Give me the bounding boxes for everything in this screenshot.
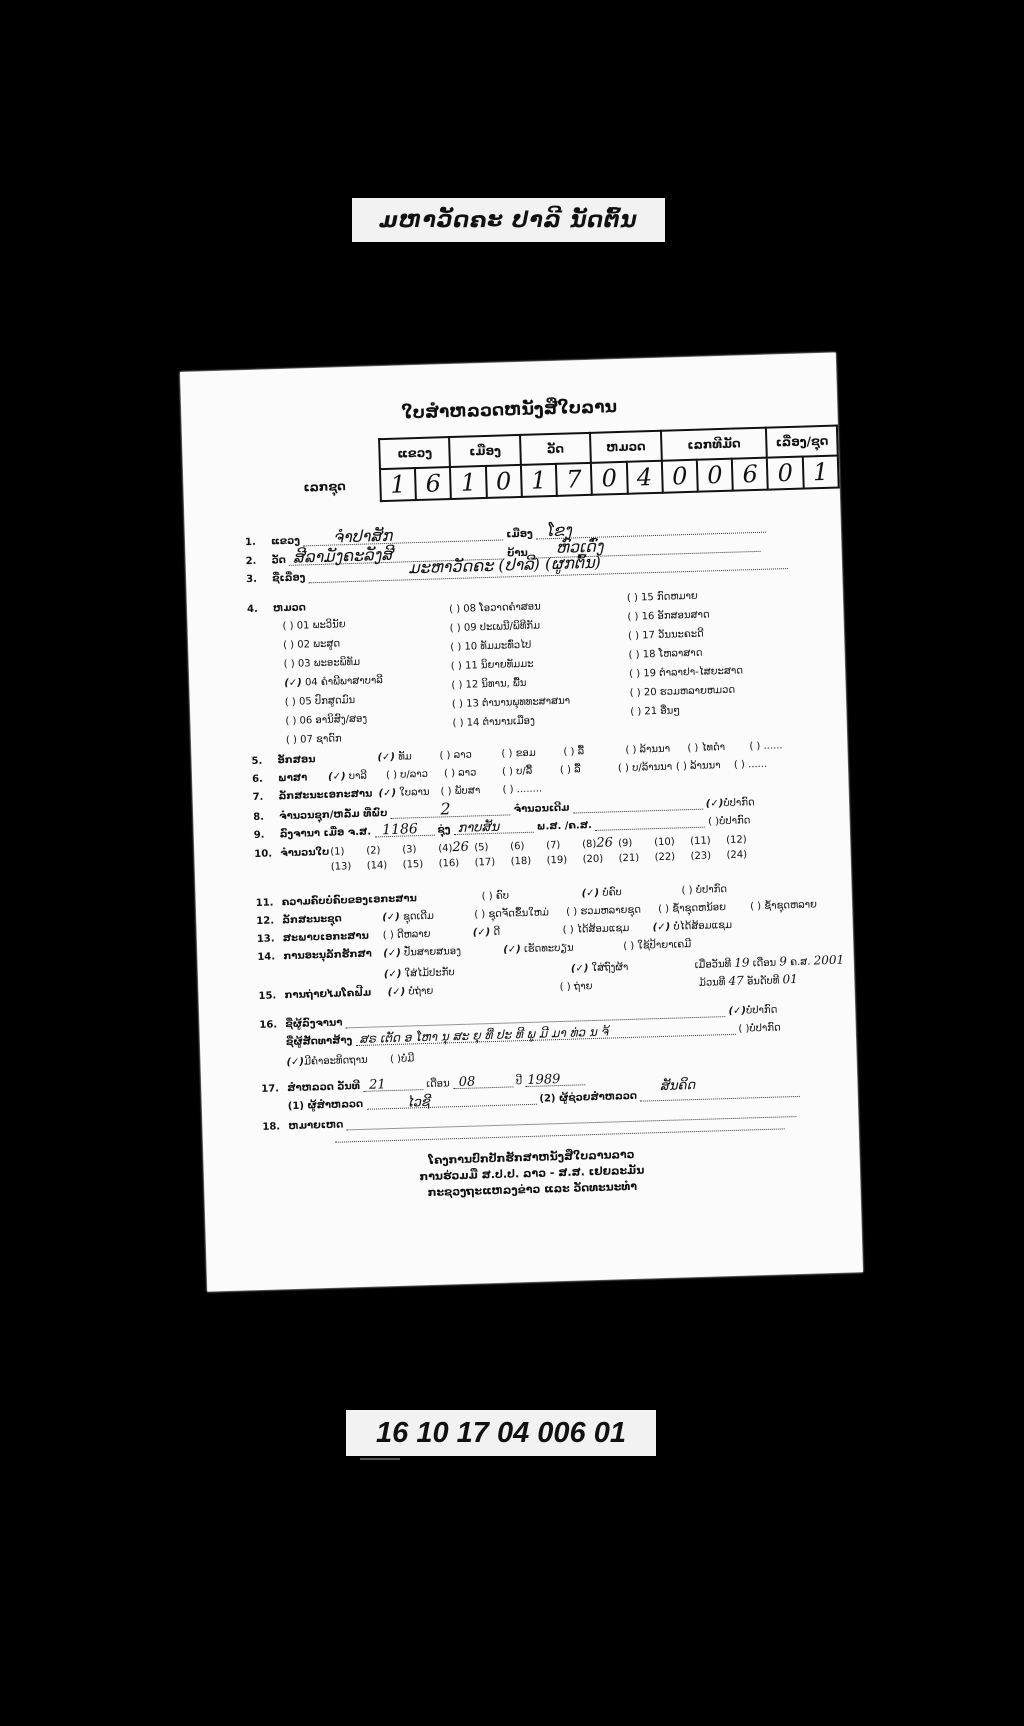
temple-value: ສີລາມັງຄະລັງສີ bbox=[293, 545, 393, 567]
option-checkbox[interactable]: ( ) ........ bbox=[502, 783, 564, 796]
option-checkbox[interactable]: ( ) ລາວ bbox=[439, 749, 501, 762]
option-checkbox[interactable]: (✓) ປັ່ນສາຍສນອງ bbox=[383, 945, 503, 960]
leaf-count-slot: (22) bbox=[654, 851, 690, 863]
leaf-count-slot: (14) bbox=[367, 860, 403, 872]
colophon-row: (✓)ມີຄຳອະທິດຖານ ( )ບໍ່ມີ bbox=[286, 1053, 414, 1068]
doctype-row: 7.ລັກສະນະເອກະສານ(✓) ໃບລານ( ) ພັບສາ( ) ..… bbox=[252, 783, 564, 803]
leaf-count-slot: (9) bbox=[618, 837, 654, 849]
option-checkbox[interactable]: ( ) ຊຸດຈັດຂຶ້ນໃຫມ່ bbox=[474, 907, 566, 921]
category-option[interactable]: (✓) 04 ຄຳພີພາສາບາລີ bbox=[284, 671, 383, 693]
category-column-2: ( ) 08 ໂອວາດຄຳສອນ( ) 09 ປະເພນີ/ພິທີກັມ( … bbox=[449, 597, 571, 733]
leaf-count-slot: (17) bbox=[475, 856, 511, 868]
option-checkbox[interactable]: ( ) ...... bbox=[734, 758, 792, 771]
leaf-count-slot: (2) bbox=[366, 845, 402, 857]
code-digit: 0 bbox=[486, 465, 522, 498]
option-checkbox[interactable]: ( ) ລາວ bbox=[444, 767, 502, 780]
code-digit: 4 bbox=[626, 461, 662, 494]
option-checkbox[interactable]: (✓) ໃບລານ bbox=[378, 786, 440, 799]
code-digit: 7 bbox=[556, 463, 592, 496]
category-option[interactable]: ( ) 21 ອື່ນໆ bbox=[630, 699, 744, 721]
footer-code-label: 16 10 17 04 006 01 bbox=[346, 1410, 656, 1456]
option-checkbox[interactable]: ( ) ດີຫລາຍ bbox=[383, 928, 473, 942]
option-checkbox[interactable]: ( ) ໄດ້ສ້ອມແຊມ bbox=[563, 922, 653, 936]
category-column-1: ( ) 01 ພະວິນັຍ( ) 02 ພະສູດ( ) 03 ພະອະພິທ… bbox=[282, 614, 384, 750]
code-label: ເລກຊຸດ bbox=[303, 479, 346, 494]
code-digit: 6 bbox=[415, 467, 451, 500]
scribe-value: ສຣ ເຕັດ ອ ໂຫາ ນຸ ສະ ຍຸ ທີ່ ປະ ທີ ພູ ມີ ມ… bbox=[359, 1025, 608, 1046]
leaf-count-slot: (20) bbox=[582, 853, 618, 865]
option-checkbox[interactable]: (✓) ດີ bbox=[473, 925, 563, 939]
category-option[interactable]: ( ) 13 ຕຳນານພຸທທະສາສນາ bbox=[452, 692, 571, 714]
option-checkbox[interactable]: ( ) ບ/ລ້ານນາ bbox=[618, 761, 676, 774]
leaf-count-slot: (5) bbox=[474, 841, 510, 853]
category-column-3: ( ) 15 ກົດຫມາຍ( ) 16 ອັກສອນສາດ( ) 17 ວັນ… bbox=[627, 585, 745, 721]
option-checkbox[interactable]: (✓) ບໍ່ໄດ້ສ້ອມແຊມ bbox=[653, 920, 743, 934]
code-header: ແຂວງ bbox=[379, 437, 450, 469]
microfilm-row: 15.ການຖ່າຍໄມໂຄຟີມ (✓) ບໍ່ຖ່າຍ ( ) ຖ່າຍ ມ… bbox=[258, 972, 798, 1002]
option-checkbox[interactable]: ( ) ຮວມຫລາຍຊຸດ bbox=[566, 904, 658, 918]
category-option[interactable]: ( ) 07 ຊາດົກ bbox=[286, 728, 385, 750]
assistant-value: ສັນຄິດ bbox=[660, 1078, 696, 1094]
option-checkbox[interactable]: ( ) ...... bbox=[749, 739, 811, 752]
leaf-count-slot: (16) bbox=[439, 857, 475, 869]
category-option[interactable]: ( ) 20 ຮວມຫລາຍຫມວດ bbox=[629, 680, 743, 702]
code-header: ວັດ bbox=[520, 433, 591, 465]
option-checkbox[interactable]: ( ) ບໍ່ປາກົດ bbox=[681, 882, 781, 896]
form-footer: ໂຄງການປົກປັກຮັກສາຫນັງສືໃບລານລາວ ການຮ່ວມມ… bbox=[203, 1140, 860, 1207]
option-checkbox[interactable]: (✓) ເຮັດທະບຽນ bbox=[503, 941, 623, 956]
animal-year-value: ກາບສັນ bbox=[457, 820, 499, 836]
code-digit: 1 bbox=[450, 466, 486, 499]
option-checkbox[interactable]: ( ) ບ/ລາວ bbox=[386, 768, 444, 781]
category-option[interactable]: ( ) 14 ຕຳນານເມືອງ bbox=[452, 711, 571, 733]
option-checkbox[interactable]: (✓) ບາລີ bbox=[328, 770, 386, 783]
leaf-count-slot: (19) bbox=[547, 854, 583, 866]
code-digit: 6 bbox=[732, 458, 768, 491]
province-value: ຈຳປາສັກ bbox=[333, 526, 393, 547]
option-checkbox[interactable]: ( ) ຊ້ຳຊຸດຫນ້ອຍ bbox=[658, 901, 750, 915]
leaf-count-slot: (15) bbox=[403, 859, 439, 871]
code-digit: 1 bbox=[802, 456, 838, 489]
code-header: ເມືອງ bbox=[450, 435, 521, 467]
leaf-count-slot: (4)26 bbox=[438, 839, 474, 855]
code-grid: ແຂວງເມືອງວັດຫມວດເລກທີມັດເລື່ອງ/ຊຸດ 16101… bbox=[378, 425, 840, 503]
code-header: ເລກທີມັດ bbox=[661, 428, 767, 461]
option-checkbox[interactable]: ( ) ຂອມ bbox=[501, 747, 563, 760]
option-checkbox[interactable]: ( ) ບ/ລື້ bbox=[502, 765, 560, 778]
option-checkbox[interactable]: ( ) ລື້ bbox=[563, 745, 625, 758]
option-checkbox[interactable]: (✓) ຊຸດເດີມ bbox=[382, 910, 474, 924]
leaf-count-slot: (1) bbox=[330, 846, 366, 858]
code-digit: 0 bbox=[662, 460, 698, 493]
option-checkbox[interactable]: ( ) ໄທດຳ bbox=[687, 741, 749, 754]
code-header: ຫມວດ bbox=[590, 431, 662, 463]
leaf-count-slot: (13) bbox=[331, 861, 367, 873]
leaf-count-slot: (12) bbox=[726, 834, 762, 846]
option-checkbox[interactable]: ( ) ລ້ານນາ bbox=[676, 760, 734, 773]
option-checkbox[interactable]: (✓) ທັມ bbox=[377, 750, 439, 763]
fascicle-value: 2 bbox=[440, 799, 451, 818]
leaf-count-slot: (6) bbox=[510, 840, 546, 852]
leaf-count-slot: (11) bbox=[690, 835, 726, 847]
leaf-count-slot: (10) bbox=[654, 836, 690, 848]
option-checkbox[interactable]: ( ) ໃຊ້ປ້າຍາເຄມີ bbox=[623, 938, 743, 953]
option-checkbox[interactable]: (✓) ບໍ່ຄົບ bbox=[581, 885, 681, 899]
option-checkbox[interactable]: ( ) ຊ້ຳຊຸດຫລາຍ bbox=[750, 899, 842, 913]
leaf-count-slot: (3) bbox=[402, 844, 438, 856]
remarks-line bbox=[335, 1128, 785, 1142]
code-digit: 1 bbox=[380, 468, 416, 501]
option-checkbox[interactable]: ( ) ພັບສາ bbox=[440, 785, 502, 798]
form-title: ໃບສຳຫລວດຫນັງສືໃບລານ bbox=[181, 391, 837, 430]
header-title-label: ມຫາວັດຄະ ປາລີ ນັດຕົ້ນ bbox=[352, 198, 665, 242]
surveyor-value: ໄວຊີ bbox=[406, 1095, 430, 1111]
leaf-count-slot: (7) bbox=[546, 839, 582, 851]
category-label: 4.ຫມວດ bbox=[247, 602, 306, 615]
leaf-count-slot: (21) bbox=[618, 852, 654, 864]
code-digit: 0 bbox=[697, 459, 733, 492]
leaf-count-slot: (8)26 bbox=[582, 835, 618, 851]
cs-year-value: 1186 bbox=[382, 821, 418, 838]
option-checkbox[interactable]: ( ) ລ້ານນາ bbox=[625, 743, 687, 756]
code-header: ເລື່ອງ/ຊຸດ bbox=[766, 426, 837, 458]
option-checkbox[interactable]: ( ) ລື້ bbox=[560, 763, 618, 776]
option-checkbox[interactable]: ( ) ຄົບ bbox=[482, 888, 582, 902]
leaf-count-slot: (18) bbox=[511, 855, 547, 867]
code-digit: 0 bbox=[767, 457, 803, 490]
code-digit: 0 bbox=[591, 462, 627, 495]
code-digit: 1 bbox=[521, 464, 557, 497]
leaf-count-slot: (24) bbox=[726, 849, 762, 861]
survey-form-paper: ໃບສຳຫລວດຫນັງສືໃບລານ ເລກຊຸດ ແຂວງເມືອງວັດຫ… bbox=[180, 353, 863, 1292]
leaf-count-slot: (23) bbox=[690, 850, 726, 862]
